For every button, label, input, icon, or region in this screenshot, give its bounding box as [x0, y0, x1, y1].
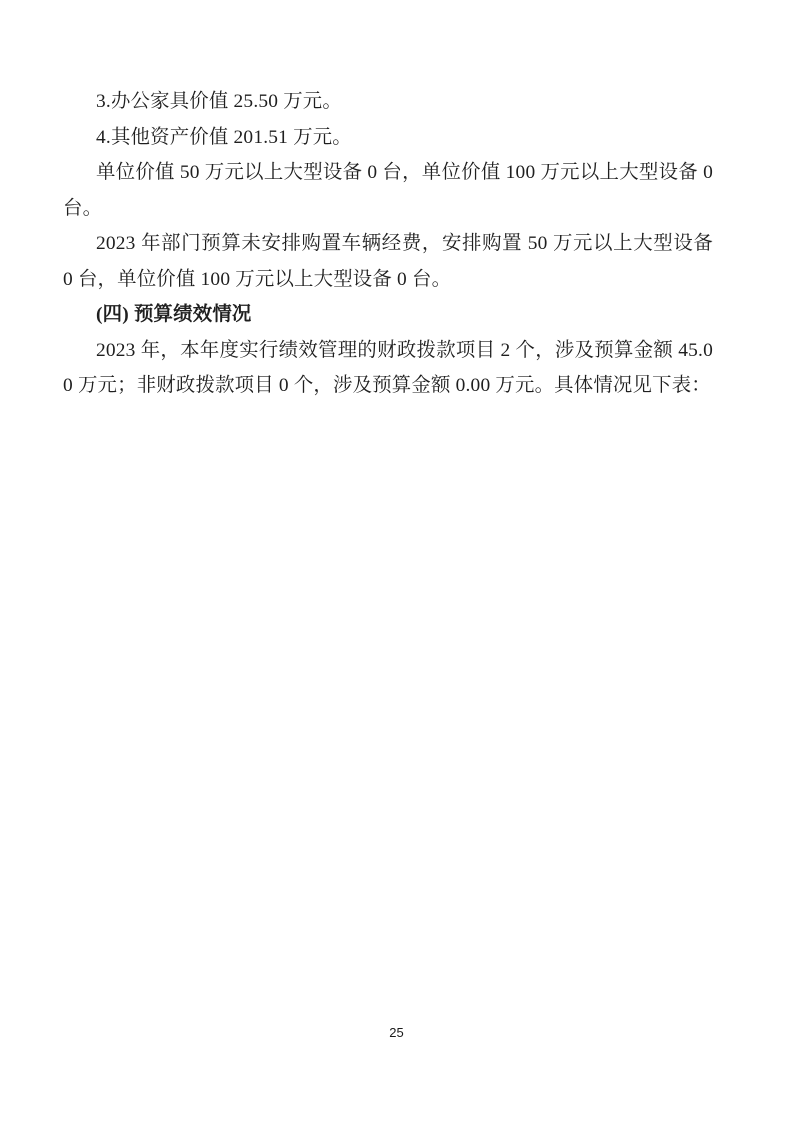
- paragraph-other-assets-value: 4.其他资产价值 201.51 万元。: [63, 120, 713, 156]
- paragraph-vehicle-equipment-budget: 2023 年部门预算未安排购置车辆经费，安排购置 50 万元以上大型设备 0 台…: [63, 226, 713, 297]
- section-heading-budget-performance: (四) 预算绩效情况: [63, 297, 713, 333]
- page-number: 25: [0, 1025, 793, 1041]
- paragraph-performance-management-summary: 2023 年，本年度实行绩效管理的财政拨款项目 2 个，涉及预算金额 45.00…: [63, 333, 713, 404]
- page-content: 3.办公家具价值 25.50 万元。 4.其他资产价值 201.51 万元。 单…: [63, 84, 713, 404]
- document-page: 3.办公家具价值 25.50 万元。 4.其他资产价值 201.51 万元。 单…: [0, 0, 793, 1122]
- paragraph-office-furniture-value: 3.办公家具价值 25.50 万元。: [63, 84, 713, 120]
- paragraph-large-equipment-count: 单位价值 50 万元以上大型设备 0 台，单位价值 100 万元以上大型设备 0…: [63, 155, 713, 226]
